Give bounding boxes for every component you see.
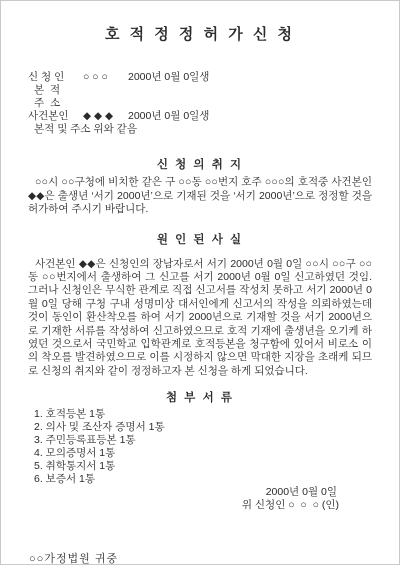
court-addressee: ○○가정법원 귀중 [28, 550, 372, 565]
closing-signer: 위 신청인 ○ ○ ○ (인) [28, 499, 339, 512]
document-title: 호 적 정 정 허 가 신 청 [28, 25, 372, 45]
closing-block: 2000년 0월 0일 위 신청인 ○ ○ ○ (인) [28, 486, 372, 512]
section-heading-attachments: 첨 부 서 류 [28, 391, 372, 405]
registry-row: 본 적 [28, 84, 372, 97]
attachment-item-2: 2. 의사 및 조산자 증명서 1통 [34, 421, 372, 434]
section-heading-facts: 원 인 된 사 실 [28, 233, 372, 247]
registry-label: 본 적 [34, 84, 89, 97]
facts-paragraph: 사건본인 ◆◆은 신청인의 장남자로서 서기 2000년 0월 0일 ○○시 ○… [28, 258, 372, 379]
attachment-item-1: 1. 호적등본 1통 [34, 408, 372, 421]
attachment-item-6: 6. 보증서 1통 [34, 473, 372, 486]
document-page: 호 적 정 정 허 가 신 청 신 청 인 ○ ○ ○ 2000년 0월 0일생… [0, 0, 400, 565]
attachments-list: 1. 호적등본 1통 2. 의사 및 조산자 증명서 1통 3. 주민등록표등본… [28, 408, 372, 486]
applicant-name: ○ ○ ○ [83, 71, 128, 84]
purpose-paragraph: ○○시 ○○구청에 비치한 같은 구 ○○동 ○○번지 호주 ○○○의 호적중 … [28, 176, 372, 217]
subject-label: 사건본인 [28, 110, 83, 123]
applicant-birthdate: 2000년 0월 0일생 [128, 71, 209, 84]
attachment-item-4: 4. 모의증명서 1통 [34, 447, 372, 460]
subject-birthdate: 2000년 0월 0일생 [128, 110, 209, 123]
address-row: 주 소 [28, 97, 372, 110]
address-label: 주 소 [34, 97, 89, 110]
subject-note: 본적 및 주소 위와 같음 [34, 123, 137, 136]
attachment-item-3: 3. 주민등록표등본 1통 [34, 434, 372, 447]
attachment-item-5: 5. 취학통지서 1통 [34, 460, 372, 473]
subject-row: 사건본인 ◆ ◆ ◆ 2000년 0월 0일생 [28, 110, 372, 123]
subject-name: ◆ ◆ ◆ [83, 110, 128, 123]
applicant-row: 신 청 인 ○ ○ ○ 2000년 0월 0일생 [28, 71, 372, 84]
section-heading-purpose: 신 청 의 취 지 [28, 158, 372, 172]
closing-date: 2000년 0월 0일 [28, 486, 339, 499]
subject-note-row: 본적 및 주소 위와 같음 [28, 123, 372, 136]
applicant-label: 신 청 인 [28, 71, 83, 84]
party-info-block: 신 청 인 ○ ○ ○ 2000년 0월 0일생 본 적 주 소 사건본인 ◆ … [28, 71, 372, 136]
